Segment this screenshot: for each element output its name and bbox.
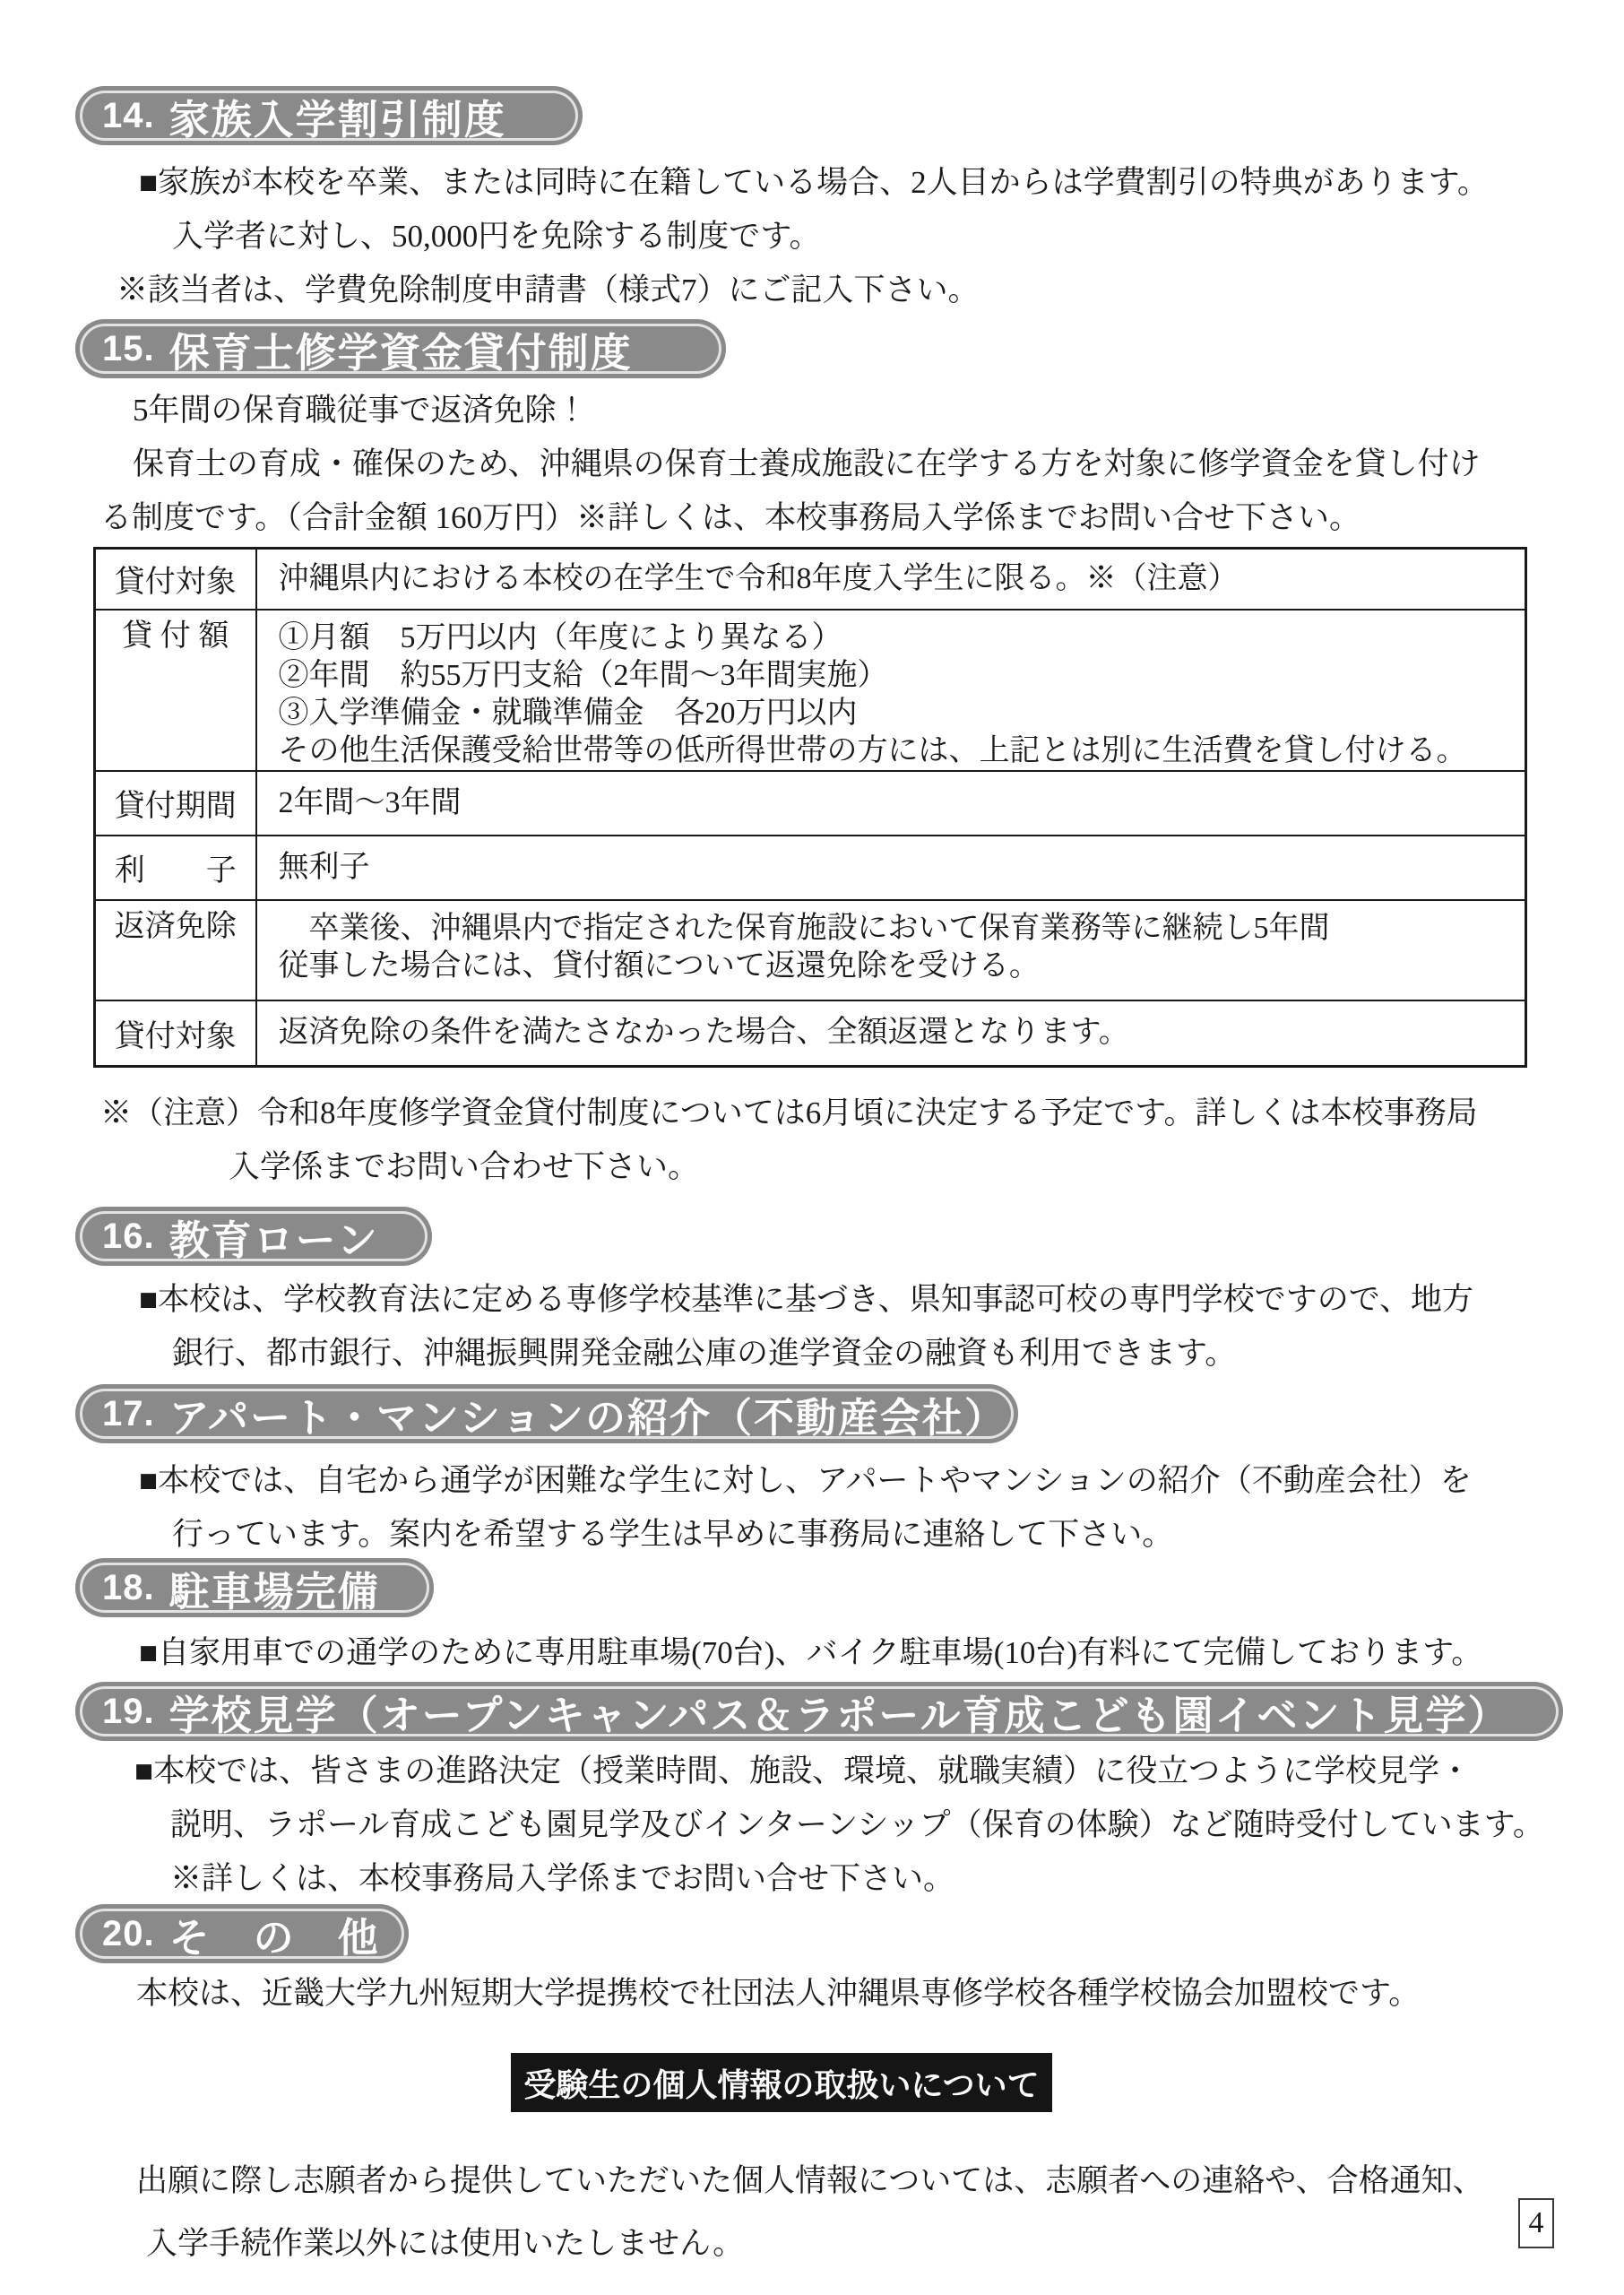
table-label: 利 子 [95,836,256,900]
section-number: 19. [102,1692,155,1732]
body-line: 銀行、都市銀行、沖縄振興開発金融公庫の進学資金の融資も利用できます。 [0,1327,1624,1381]
section-title: 家族入学割引制度 [169,87,506,145]
table-line: 沖縄県内における本校の在学生で令和8年度入学生に限る。※（注意） [279,560,1516,598]
note-line: ※詳しくは、本校事務局入学係までお問い合せ下さい。 [0,1852,1624,1906]
body-line: ■本校では、皆さまの進路決定（授業時間、施設、環境、就職実績）に役立つように学校… [0,1745,1624,1798]
table-row: 貸付対象 返済免除の条件を満たさなかった場合、全額返還となります。 [95,1000,1526,1067]
table-label: 貸 付 額 [95,610,256,771]
table-label: 貸付期間 [95,771,256,836]
section-title: アパート・マンションの紹介（不動産会社） [169,1385,1006,1443]
note-line: 入学係までお問い合わせ下さい。 [0,1140,1624,1194]
section-title: 保育士修学資金貸付制度 [169,320,633,378]
body-line: 入学手続作業以外には使用いたしません。 [0,2213,1624,2275]
table-label: 貸付対象 [95,1000,256,1067]
section-20: 20. そ の 他 本校は、近畿大学九州短期大学提携校で社団法人沖縄県専修学校各… [0,1904,1624,2021]
section-20-header: 20. そ の 他 [75,1904,409,1963]
body-line: ■本校では、自宅から通学が困難な学生に対し、アパートやマンションの紹介（不動産会… [0,1454,1624,1508]
table-label: 返済免除 [95,900,256,1000]
privacy-notice-body: 出願に際し志願者から提供していただいた個人情報については、志願者への連絡や、合格… [0,2150,1624,2275]
body-line: 入学者に対し、50,000円を免除する制度です。 [0,210,1624,264]
table-label: 貸付対象 [95,549,256,610]
note-line: ※該当者は、学費免除制度申請書（様式7）にご記入下さい。 [0,264,1624,317]
body-line: 行っています。案内を希望する学生は早めに事務局に連絡して下さい。 [0,1508,1624,1562]
table-row: 返済免除 卒業後、沖縄県内で指定された保育施設において保育業務等に継続し5年間 … [95,900,1526,1000]
table-line: 2年間～3年間 [279,784,1516,822]
section-14: 14. 家族入学割引制度 ■家族が本校を卒業、または同時に在籍している場合、2人… [0,86,1624,317]
table-line: ③入学準備金・就職準備金 各20万円以内 [279,695,1516,732]
table-line: 卒業後、沖縄県内で指定された保育施設において保育業務等に継続し5年間 [279,910,1516,948]
section-17: 17. アパート・マンションの紹介（不動産会社） ■本校では、自宅から通学が困難… [0,1384,1624,1562]
body-line: 出願に際し志願者から提供していただいた個人情報については、志願者への連絡や、合格… [0,2150,1624,2213]
document-page: 14. 家族入学割引制度 ■家族が本校を卒業、または同時に在籍している場合、2人… [0,0,1624,2295]
table-line: ①月額 5万円以内（年度により異なる） [279,619,1516,657]
section-19: 19. 学校見学（オープンキャンパス＆ラポール育成こども園イベント見学） ■本校… [0,1682,1624,1906]
body-line: ■本校は、学校教育法に定める専修学校基準に基づき、県知事認可校の専門学校ですので… [0,1273,1624,1327]
table-line: その他生活保護受給世帯等の低所得世帯の方には、上記とは別に生活費を貸し付ける。 [279,732,1516,770]
section-15: 15. 保育士修学資金貸付制度 5年間の保育職従事で返済免除！ 保育士の育成・確… [0,319,1624,1194]
section-number: 14. [102,96,155,136]
table-row: 貸付期間 2年間～3年間 [95,771,1526,836]
section-title: 学校見学（オープンキャンパス＆ラポール育成こども園イベント見学） [169,1683,1510,1741]
section-18-header: 18. 駐車場完備 [75,1558,434,1617]
table-row: 貸 付 額 ①月額 5万円以内（年度により異なる） ②年間 約55万円支給（2年… [95,610,1526,771]
body-line: 5年間の保育職従事で返済免除！ [0,384,1624,437]
body-line: 説明、ラポール育成こども園見学及びインターンシップ（保育の体験）など随時受付して… [0,1798,1624,1852]
section-15-header: 15. 保育士修学資金貸付制度 [75,319,726,378]
section-number: 17. [102,1394,155,1434]
table-row: 利 子 無利子 [95,836,1526,900]
section-number: 15. [102,329,155,369]
section-17-header: 17. アパート・マンションの紹介（不動産会社） [75,1384,1018,1443]
section-19-header: 19. 学校見学（オープンキャンパス＆ラポール育成こども園イベント見学） [75,1682,1563,1741]
body-line: 本校は、近畿大学九州短期大学提携校で社団法人沖縄県専修学校各種学校協会加盟校です… [0,1967,1624,2021]
body-line: ■家族が本校を卒業、または同時に在籍している場合、2人目からは学費割引の特典があ… [0,156,1624,210]
table-line: 従事した場合には、貸付額について返還免除を受ける。 [279,948,1516,985]
section-number: 16. [102,1217,155,1257]
section-title: そ の 他 [169,1905,380,1963]
body-line: 保育士の育成・確保のため、沖縄県の保育士養成施設に在学する方を対象に修学資金を貸… [0,437,1624,491]
section-number: 18. [102,1568,155,1608]
section-16: 16. 教育ローン ■本校は、学校教育法に定める専修学校基準に基づき、県知事認可… [0,1207,1624,1381]
section-title: 駐車場完備 [169,1559,380,1617]
privacy-notice-title: 受験生の個人情報の取扱いについて [523,2060,1039,2106]
body-line: ■自家用車での通学のために専用駐車場(70台)、バイク駐車場(10台)有料にて完… [0,1626,1624,1680]
page-number-value: 4 [1529,2206,1544,2240]
table-line: 無利子 [279,849,1516,887]
privacy-notice-title-box: 受験生の個人情報の取扱いについて [511,2053,1052,2112]
section-number: 20. [102,1914,155,1954]
table-line: 返済免除の条件を満たさなかった場合、全額返還となります。 [279,1014,1516,1052]
loan-table-wrap: 貸付対象 沖縄県内における本校の在学生で令和8年度入学生に限る。※（注意） 貸 … [0,547,1624,1065]
page-number: 4 [1518,2198,1554,2248]
table-line: ②年間 約55万円支給（2年間～3年間実施） [279,657,1516,695]
note-line: ※（注意）令和8年度修学資金貸付制度については6月頃に決定する予定です。詳しくは… [0,1087,1624,1140]
table-row: 貸付対象 沖縄県内における本校の在学生で令和8年度入学生に限る。※（注意） [95,549,1526,610]
section-title: 教育ローン [169,1208,379,1266]
section-16-header: 16. 教育ローン [75,1207,432,1266]
loan-table: 貸付対象 沖縄県内における本校の在学生で令和8年度入学生に限る。※（注意） 貸 … [93,547,1527,1068]
body-line: る制度です。（合計金額 160万円）※詳しくは、本校事務局入学係までお問い合せ下… [0,491,1624,545]
section-18: 18. 駐車場完備 ■自家用車での通学のために専用駐車場(70台)、バイク駐車場… [0,1558,1624,1680]
section-14-header: 14. 家族入学割引制度 [75,86,583,145]
